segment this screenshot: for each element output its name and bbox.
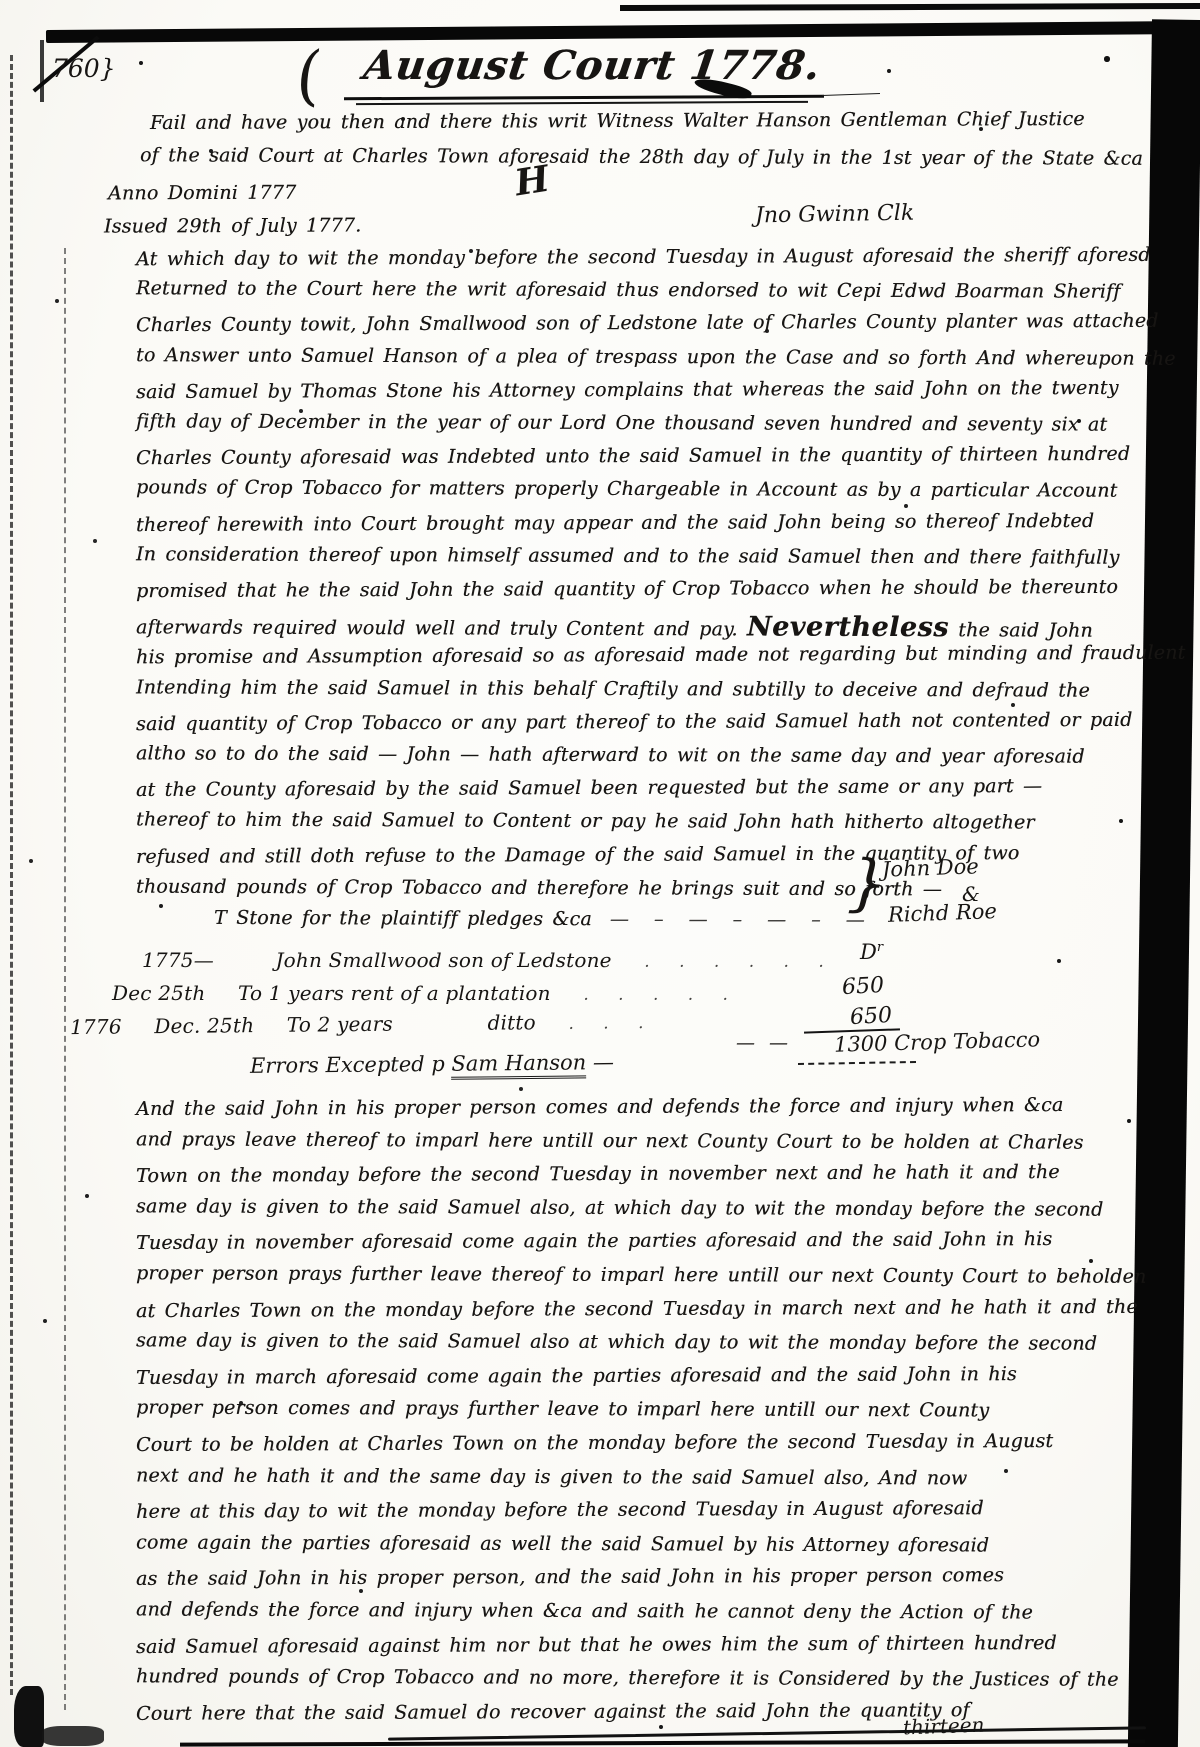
account-ditto: ditto: [487, 1010, 536, 1035]
manuscript-page: 760} ( August Court 1778. Fail and have …: [0, 0, 1200, 1747]
manuscript-line: and defends the force and injury when &c…: [136, 1598, 1033, 1623]
account-row-1776: 1776 Dec. 25th To 2 years ditto . . .: [70, 1009, 656, 1039]
account-amount-1: 650: [841, 973, 884, 1000]
attestation-line: Errors Excepted p Sam Hanson —: [250, 1050, 614, 1078]
manuscript-line: fifth day of December in the year of our…: [136, 410, 1107, 435]
manuscript-line: pounds of Crop Tobacco for matters prope…: [136, 476, 1118, 501]
manuscript-line: Charles County aforesaid was Indebted un…: [136, 443, 1130, 469]
manuscript-line: said Samuel by Thomas Stone his Attorney…: [136, 377, 1119, 403]
manuscript-line-anno-domini: Anno Domini 1777: [108, 182, 296, 205]
opening-flourish: (: [292, 39, 325, 115]
dot-leader: . . . . .: [583, 985, 740, 1005]
manuscript-line: Town on the monday before the second Tue…: [136, 1161, 1060, 1187]
dot-leader: . . . . . .: [644, 952, 835, 972]
manuscript-line: Charles County towit, John Smallwood son…: [136, 310, 1159, 336]
account-year: 1775—: [142, 948, 214, 972]
emphasized-word: Nevertheless: [747, 611, 949, 643]
account-total-underline: [798, 1061, 916, 1065]
pledge-name-richd-roe: Richd Roe: [888, 899, 998, 927]
title-underline-extension: [822, 93, 880, 96]
title-underline: [344, 95, 824, 101]
manuscript-line: Intending him the said Samuel in this be…: [136, 676, 1090, 701]
account-debtor-name: John Smallwood son of Ledstone: [275, 948, 611, 972]
bottom-flourish-line: [388, 1726, 1146, 1740]
manuscript-line: Tuesday in march aforesaid come again th…: [136, 1363, 1017, 1389]
manuscript-text: the said John: [949, 619, 1093, 642]
dr-superscript: r: [877, 940, 883, 955]
attestation-signature: Sam Hanson: [451, 1050, 586, 1079]
manuscript-line: In consideration thereof upon himself as…: [136, 543, 1120, 568]
account-row-debtor: 1775— John Smallwood son of Ledstone . .…: [142, 948, 836, 972]
manuscript-line: thereof herewith into Court brought may …: [136, 510, 1094, 536]
account-desc: To 2 years: [287, 1012, 393, 1037]
pledges-line: T Stone for the plaintiff pledges &ca— –…: [214, 907, 873, 931]
manuscript-line: as the said John in his proper person, a…: [136, 1564, 1004, 1590]
account-total-dashes: — —: [736, 1032, 792, 1054]
scan-edge-top-secondary: [620, 3, 1200, 11]
attestation-tail: —: [586, 1050, 614, 1074]
folio-number: 760}: [52, 54, 116, 83]
manuscript-text: afterwards required would well and truly…: [136, 616, 747, 640]
catchword: thirteen: [903, 1713, 985, 1740]
manuscript-line: Returned to the Court here the writ afor…: [136, 277, 1121, 302]
scan-blot-bottom-left-2: [42, 1726, 104, 1746]
manuscript-line: his promise and Assumption aforesaid so …: [136, 642, 1186, 669]
scan-edge-right: [1128, 19, 1200, 1747]
scan-edge-bottom: [180, 1739, 1145, 1746]
manuscript-line: thereof to him the said Samuel to Conten…: [136, 808, 1035, 833]
manuscript-line: and prays leave thereof to imparl here u…: [136, 1128, 1084, 1153]
manuscript-line: Court to be holden at Charles Town on th…: [136, 1430, 1053, 1456]
manuscript-line: At which day to wit the monday before th…: [136, 244, 1151, 270]
manuscript-line: thousand pounds of Crop Tobacco and ther…: [136, 876, 942, 901]
attestation-text: Errors Excepted p: [250, 1052, 452, 1078]
manuscript-line: promised that he the said John the said …: [136, 576, 1118, 602]
scan-edge-top: [46, 21, 1200, 43]
page-title: August Court 1778.: [361, 42, 824, 89]
manuscript-line: afterwards required would well and truly…: [136, 609, 1093, 643]
left-margin-rule-outer: [10, 55, 13, 1695]
account-year: 1776: [70, 1015, 122, 1040]
manuscript-line: And the said John in his proper person c…: [136, 1094, 1064, 1120]
left-margin-rule-inner: [64, 248, 66, 1710]
pledges-text: T Stone for the plaintiff pledges &ca: [214, 907, 592, 930]
manuscript-line: Tuesday in november aforesaid come again…: [136, 1228, 1052, 1254]
scan-noise-speckles: [0, 0, 2, 2]
account-desc: To 1 years rent of a plantation: [238, 981, 551, 1005]
account-date: Dec. 25th: [154, 1013, 254, 1038]
account-row-1775: Dec 25th To 1 years rent of a plantation…: [112, 981, 740, 1005]
left-margin-tick: [40, 40, 44, 102]
account-date: Dec 25th: [112, 981, 205, 1005]
manuscript-line: at Charles Town on the monday before the…: [136, 1296, 1138, 1322]
manuscript-line: to Answer unto Samuel Hanson of a plea o…: [136, 344, 1176, 370]
dot-leader: . . .: [568, 1013, 655, 1034]
manuscript-line: proper person comes and prays further le…: [136, 1397, 989, 1422]
manuscript-line: hundred pounds of Crop Tobacco and no mo…: [136, 1665, 1119, 1690]
manuscript-line: here at this day to wit the monday befor…: [136, 1497, 984, 1523]
manuscript-line: same day is given to the said Samuel als…: [136, 1329, 1097, 1354]
account-dr-abbrev: Dr: [860, 940, 883, 964]
manuscript-line-issued: Issued 29th of July 1777.: [104, 214, 361, 237]
manuscript-line: same day is given to the said Samuel als…: [136, 1195, 1103, 1220]
title-underline-secondary: [356, 101, 808, 105]
scan-blot-bottom-left: [14, 1686, 44, 1747]
manuscript-line: at the County aforesaid by the said Samu…: [136, 775, 1042, 801]
pledge-name-john-doe: John Doe: [882, 854, 979, 881]
signature-brace: }: [846, 845, 889, 920]
pledges-leader: — – — – — – —: [610, 908, 873, 931]
manuscript-line: said quantity of Crop Tobacco or any par…: [136, 709, 1133, 735]
manuscript-line: Court here that the said Samuel do recov…: [136, 1699, 970, 1725]
dr-letter: D: [860, 940, 877, 964]
manuscript-line: come again the parties aforesaid as well…: [136, 1532, 989, 1557]
manuscript-line: next and he hath it and the same day is …: [136, 1465, 967, 1490]
manuscript-line: of the said Court at Charles Town afores…: [140, 144, 1143, 170]
clerk-signature: Jno Gwinn Clk: [755, 201, 915, 229]
manuscript-line: Fail and have you then and there this wr…: [150, 108, 1085, 134]
manuscript-line: proper person prays further leave thereo…: [136, 1262, 1146, 1288]
account-amount-2: 650: [849, 1003, 892, 1030]
manuscript-line: said Samuel aforesaid against him nor bu…: [136, 1632, 1057, 1658]
account-total-value: 1300 Crop Tobacco: [834, 1027, 1041, 1056]
manuscript-line: altho so to do the said — John — hath af…: [136, 742, 1085, 767]
flourish-monogram: H: [512, 158, 552, 205]
